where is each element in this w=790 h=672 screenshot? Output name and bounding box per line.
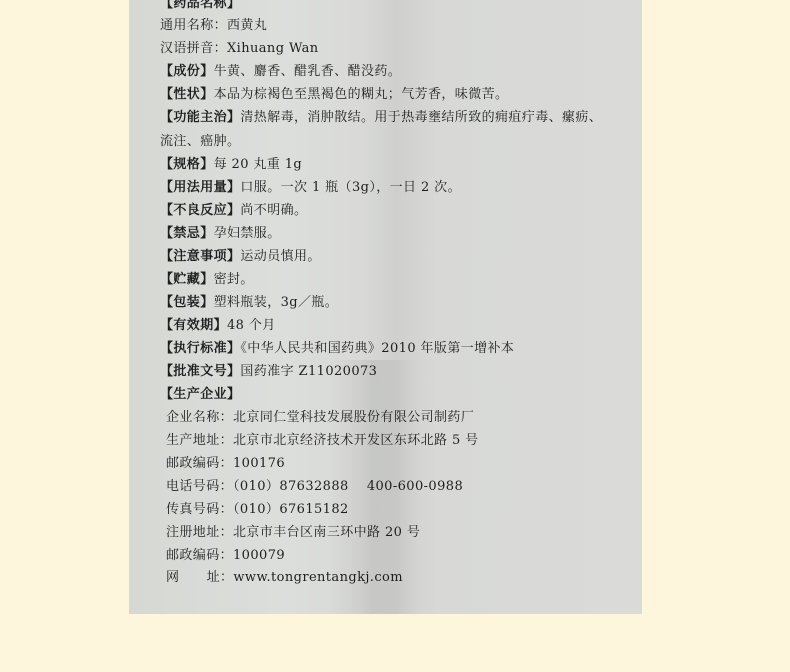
phone-line: 电话号码：（010）87632888 400-600-0988: [166, 475, 463, 494]
ingredients-line: 【成份】牛黄、麝香、醋乳香、醋没药。: [160, 60, 401, 79]
approval-number-line: 【批准文号】国药准字 Z11020073: [160, 360, 377, 379]
registered-address-line: 注册地址：北京市丰台区南三环中路 20 号: [166, 521, 420, 540]
expiry-line: 【有效期】48 个月: [160, 314, 276, 333]
dosage-line: 【用法用量】口服。一次 1 瓶（3g），一日 2 次。: [160, 176, 461, 195]
postal-code-line: 邮政编码：100176: [166, 452, 285, 471]
leaflet-paper: 【药品名称】 通用名称：西黄丸 汉语拼音：Xihuang Wan 【成份】牛黄、…: [129, 0, 642, 614]
indications-line-cont: 流注、癌肿。: [160, 130, 240, 149]
standard-line: 【执行标准】《中华人民共和国药典》2010 年版第一增补本: [160, 337, 514, 356]
contraindications-line: 【禁忌】孕妇禁服。: [160, 222, 281, 241]
precautions-line: 【注意事项】运动员慎用。: [160, 245, 321, 264]
description-line: 【性状】本品为棕褐色至黑褐色的糊丸；气芳香，味微苦。: [160, 83, 508, 102]
postal-code-line-2: 邮政编码：100079: [166, 544, 285, 563]
website-link: www.tongrentangkj.com: [233, 570, 403, 585]
website-line: 网 址：www.tongrentangkj.com: [166, 566, 403, 585]
indications-line: 【功能主治】清热解毒，消肿散结。用于热毒壅结所致的痈疽疔毒、瘰疬、: [160, 106, 602, 125]
generic-name-line: 通用名称：西黄丸: [160, 14, 267, 33]
adverse-reactions-line: 【不良反应】尚不明确。: [160, 199, 307, 218]
production-address-line: 生产地址：北京市北京经济技术开发区东环北路 5 号: [166, 429, 479, 448]
pinyin-line: 汉语拼音：Xihuang Wan: [160, 37, 319, 56]
manufacturer-heading: 【生产企业】: [160, 383, 240, 402]
packaging-line: 【包装】塑料瓶装，3g／瓶。: [160, 291, 338, 310]
specification-line: 【规格】每 20 丸重 1g: [160, 153, 302, 172]
company-name-line: 企业名称：北京同仁堂科技发展股份有限公司制药厂: [166, 406, 474, 425]
storage-line: 【贮藏】密封。: [160, 268, 254, 287]
fax-line: 传真号码：（010）67615182: [166, 498, 349, 517]
section-drug-name-heading: 【药品名称】: [160, 0, 240, 11]
